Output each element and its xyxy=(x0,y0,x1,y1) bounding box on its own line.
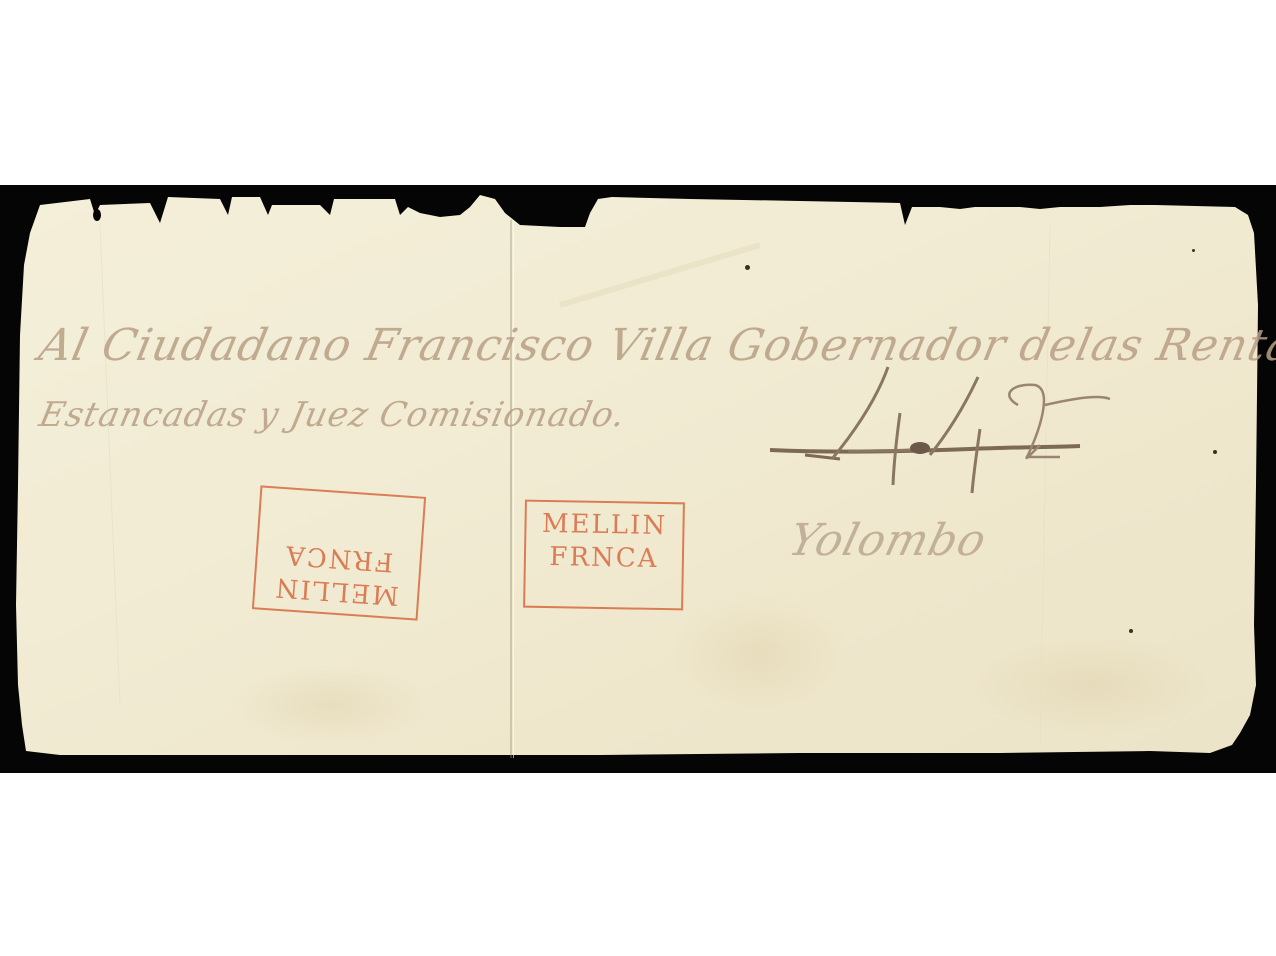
origin-manuscript: Yolombo xyxy=(784,515,992,566)
vertical-fold-highlight xyxy=(513,220,514,758)
letter-sheet: Al Ciudadano Francisco Villa Gobernador … xyxy=(0,185,1276,773)
handstamp-mellin-franca: MELLIN FRNCA xyxy=(523,500,685,611)
stamp-text-line-2: FRNCA xyxy=(534,540,675,575)
postage-rate-mark xyxy=(760,335,1160,495)
vertical-fold-line xyxy=(510,220,512,758)
ink-speck xyxy=(1129,629,1133,633)
ink-speck xyxy=(1213,450,1217,454)
address-line-2: Estancadas y Juez Comisionado. xyxy=(36,395,630,435)
paper-hole xyxy=(93,209,101,221)
stamp-text-line-1: MELLIN xyxy=(534,508,675,543)
ink-speck xyxy=(745,265,750,270)
handstamp-mellin-franca-inverted: MELLIN FRNCA xyxy=(252,485,426,620)
ink-speck xyxy=(1192,249,1195,252)
